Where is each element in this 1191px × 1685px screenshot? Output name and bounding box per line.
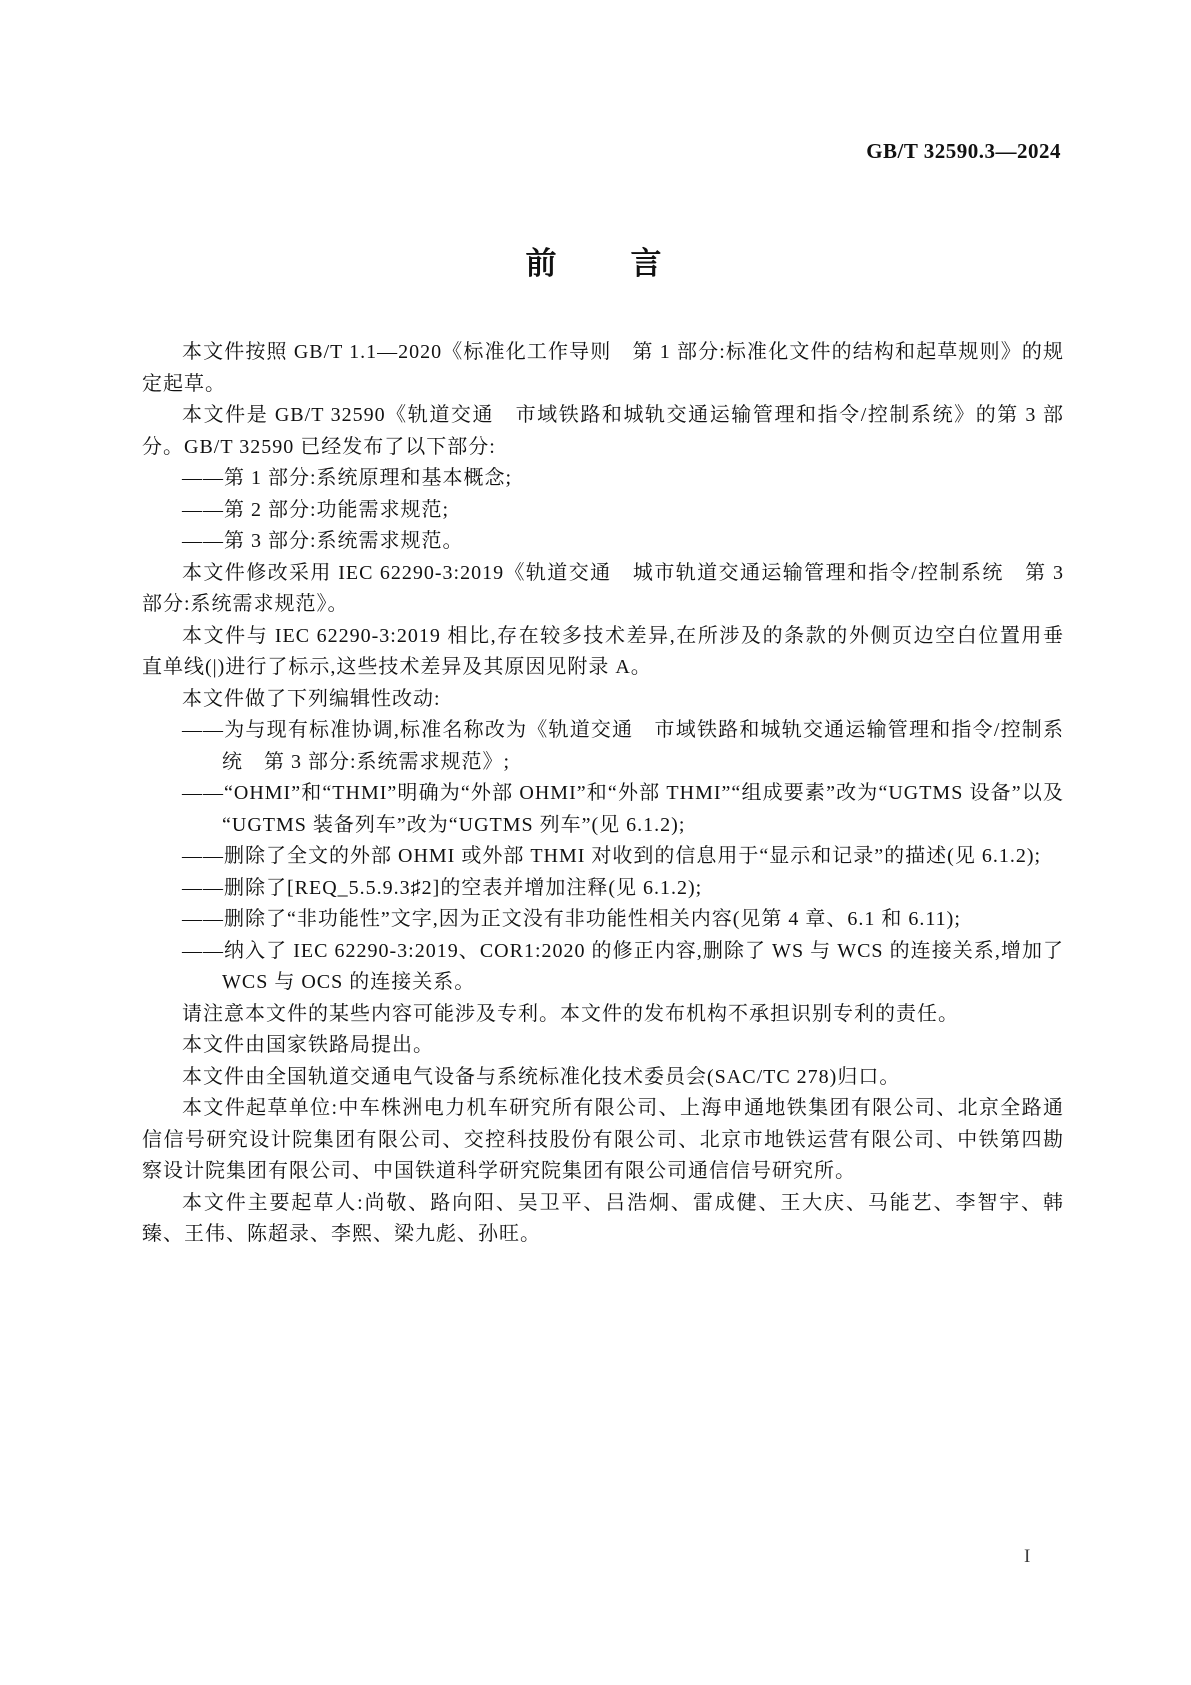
- body-paragraph: 本文件与 IEC 62290-3:2019 相比,存在较多技术差异,在所涉及的条…: [142, 621, 1064, 684]
- list-item-dash: ——第 2 部分:功能需求规范;: [142, 495, 1064, 527]
- page-title: 前 言: [0, 238, 1191, 283]
- list-item-dash: ——为与现有标准协调,标准名称改为《轨道交通 市域铁路和城轨交通运输管理和指令/…: [142, 715, 1064, 778]
- body-paragraph: 本文件修改采用 IEC 62290-3:2019《轨道交通 城市轨道交通运输管理…: [142, 558, 1064, 621]
- document-page: GB/T 32590.3—2024 前 言 本文件按照 GB/T 1.1—202…: [0, 0, 1191, 1685]
- standard-number: GB/T 32590.3—2024: [866, 139, 1061, 164]
- body-paragraph: 本文件由国家铁路局提出。: [142, 1030, 1064, 1062]
- document-body: 本文件按照 GB/T 1.1—2020《标准化工作导则 第 1 部分:标准化文件…: [142, 337, 1064, 1251]
- list-item-dash: ——删除了全文的外部 OHMI 或外部 THMI 对收到的信息用于“显示和记录”…: [142, 841, 1064, 873]
- list-item-dash: ——“OHMI”和“THMI”明确为“外部 OHMI”和“外部 THMI”“组成…: [142, 778, 1064, 841]
- page-number: I: [1024, 1546, 1030, 1568]
- body-paragraph: 本文件由全国轨道交通电气设备与系统标准化技术委员会(SAC/TC 278)归口。: [142, 1062, 1064, 1094]
- body-paragraph: 本文件起草单位:中车株洲电力机车研究所有限公司、上海申通地铁集团有限公司、北京全…: [142, 1093, 1064, 1188]
- list-item-dash: ——纳入了 IEC 62290-3:2019、COR1:2020 的修正内容,删…: [142, 936, 1064, 999]
- list-item-dash: ——删除了“非功能性”文字,因为正文没有非功能性相关内容(见第 4 章、6.1 …: [142, 904, 1064, 936]
- body-paragraph: 本文件做了下列编辑性改动:: [142, 684, 1064, 716]
- body-paragraph: 本文件是 GB/T 32590《轨道交通 市域铁路和城轨交通运输管理和指令/控制…: [142, 400, 1064, 463]
- body-paragraph: 本文件主要起草人:尚敬、路向阳、吴卫平、吕浩炯、雷成健、王大庆、马能艺、李智宇、…: [142, 1188, 1064, 1251]
- list-item-dash: ——删除了[REQ_5.5.9.3♯2]的空表并增加注释(见 6.1.2);: [142, 873, 1064, 905]
- list-item-dash: ——第 1 部分:系统原理和基本概念;: [142, 463, 1064, 495]
- body-paragraph: 本文件按照 GB/T 1.1—2020《标准化工作导则 第 1 部分:标准化文件…: [142, 337, 1064, 400]
- body-paragraph: 请注意本文件的某些内容可能涉及专利。本文件的发布机构不承担识别专利的责任。: [142, 999, 1064, 1031]
- list-item-dash: ——第 3 部分:系统需求规范。: [142, 526, 1064, 558]
